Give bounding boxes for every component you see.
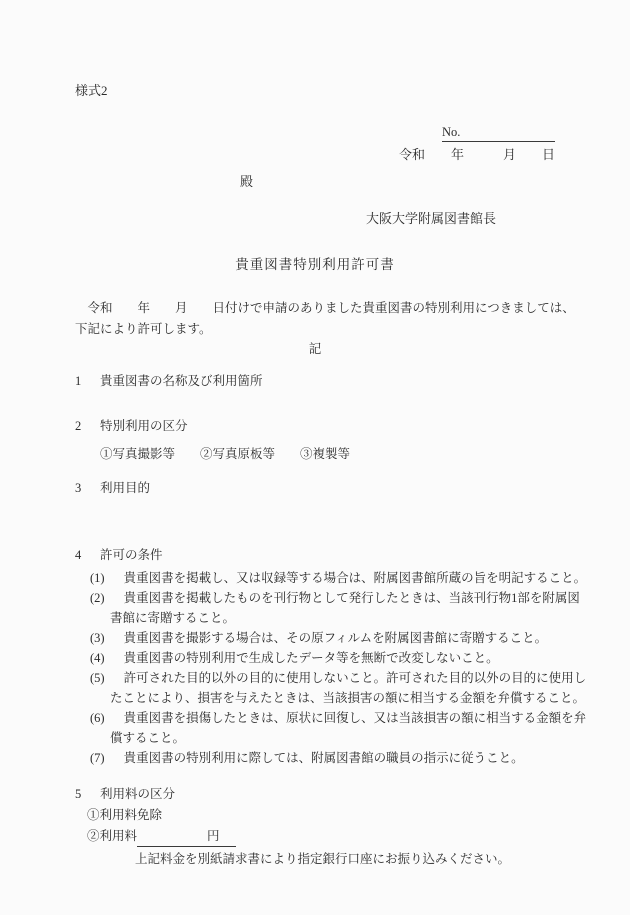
condition-5-label: (5)	[90, 671, 105, 685]
condition-4-label: (4)	[90, 651, 105, 665]
condition-7-text: 貴重図書の特別利用に際しては、附属図書館の職員の指示に従うこと。	[124, 751, 524, 765]
section-2-heading: 2特別利用の区分	[75, 416, 630, 436]
condition-item-7: (7)貴重図書の特別利用に際しては、附属図書館の職員の指示に従うこと。	[75, 748, 590, 768]
document-number-row: No.	[0, 124, 555, 142]
conditions-list: (1)貴重図書を掲載し、又は収録等する場合は、附属図書館所蔵の旨を明記すること。…	[75, 568, 590, 768]
condition-item-3: (3)貴重図書を撮影する場合は、その原フィルムを附属図書館に寄贈すること。	[75, 628, 590, 648]
fee-option-amount: ②利用料円	[87, 826, 630, 847]
condition-item-5: (5)許可された目的以外の目的に使用しないこと。許可された目的以外の目的に使用し…	[75, 668, 590, 708]
condition-6-text: 貴重図書を損傷したときは、原状に回復し、又は当該損害の額に相当する金額を弁償する…	[110, 711, 586, 745]
body-paragraph: 令和 年 月 日付けで申請のありました貴重図書の特別利用につきましては、下記によ…	[75, 298, 582, 340]
document-title: 貴重図書特別利用許可書	[0, 255, 630, 275]
section-2-options: ①写真撮影等 ②写真原板等 ③複製等	[100, 444, 630, 464]
section-1-heading: 1貴重図書の名称及び利用箇所	[75, 371, 630, 391]
condition-7-label: (7)	[90, 751, 105, 765]
fee-amount-label: ②利用料	[87, 829, 137, 843]
section-4-number: 4	[75, 545, 100, 565]
section-3-title: 利用目的	[100, 481, 150, 495]
record-marker: 記	[0, 340, 630, 358]
condition-item-1: (1)貴重図書を掲載し、又は収録等する場合は、附属図書館所蔵の旨を明記すること。	[75, 568, 590, 588]
section-2-title: 特別利用の区分	[100, 419, 188, 433]
section-3-number: 3	[75, 478, 100, 498]
condition-1-text: 貴重図書を掲載し、又は収録等する場合は、附属図書館所蔵の旨を明記すること。	[124, 571, 587, 585]
fee-unit-label: 円	[207, 827, 220, 847]
section-5-heading: 5利用料の区分	[75, 784, 630, 804]
addressee-honorific: 殿	[240, 172, 630, 192]
condition-item-4: (4)貴重図書の特別利用で生成したデータ等を無断で改変しないこと。	[75, 648, 590, 668]
fee-unit-trailing-blank	[220, 832, 236, 847]
document-number-field: No.	[442, 124, 555, 142]
section-5-number: 5	[75, 784, 100, 804]
no-label: No.	[442, 125, 460, 139]
condition-1-label: (1)	[90, 571, 105, 585]
issuer-name: 大阪大学附属図書館長	[366, 209, 630, 229]
condition-2-label: (2)	[90, 591, 105, 605]
section-4-heading: 4許可の条件	[75, 545, 630, 565]
section-1-title: 貴重図書の名称及び利用箇所	[100, 374, 263, 388]
section-3-heading: 3利用目的	[75, 478, 630, 498]
condition-3-text: 貴重図書を撮影する場合は、その原フィルムを附属図書館に寄贈すること。	[124, 631, 548, 645]
condition-5-text: 許可された目的以外の目的に使用しないこと。許可された目的以外の目的に使用したこと…	[110, 671, 586, 705]
form-number-label: 様式2	[75, 81, 630, 101]
fee-amount-blank-field	[137, 832, 207, 847]
section-5-title: 利用料の区分	[100, 787, 175, 801]
fee-option-exemption: ①利用料免除	[87, 805, 630, 825]
section-2-number: 2	[75, 416, 100, 436]
condition-4-text: 貴重図書の特別利用で生成したデータ等を無断で改変しないこと。	[124, 651, 499, 665]
condition-item-6: (6)貴重図書を損傷したときは、原状に回復し、又は当該損害の額に相当する金額を弁…	[75, 708, 590, 748]
document-page: 様式2 No. 令和 年 月 日 殿 大阪大学附属図書館長 貴重図書特別利用許可…	[0, 0, 630, 915]
section-1-number: 1	[75, 371, 100, 391]
condition-3-label: (3)	[90, 631, 105, 645]
issue-date-line: 令和 年 月 日	[0, 145, 555, 165]
section-4-title: 許可の条件	[100, 548, 163, 562]
condition-6-label: (6)	[90, 711, 105, 725]
condition-2-text: 貴重図書を掲載したものを刊行物として発行したときは、当該刊行物1部を附属図書館に…	[110, 591, 580, 625]
fee-payment-note: 上記料金を別紙請求書により指定銀行口座にお振り込みください。	[135, 849, 630, 869]
condition-item-2: (2)貴重図書を掲載したものを刊行物として発行したときは、当該刊行物1部を附属図…	[75, 588, 590, 628]
